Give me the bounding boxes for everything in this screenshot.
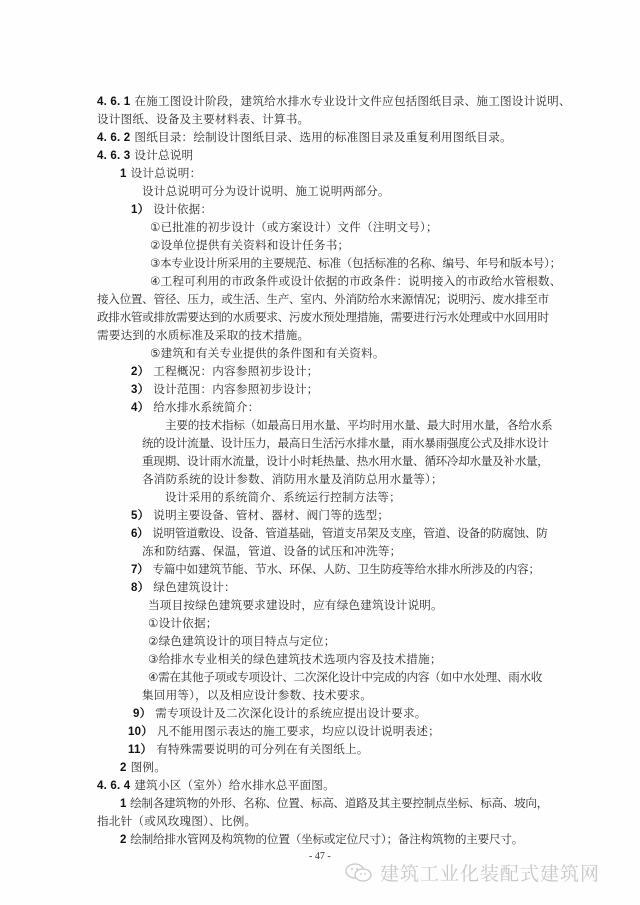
- line-text: 设计总说明可分为设计说明、施工说明两部分。: [142, 184, 390, 198]
- text-line: 当项目按绿色建筑要求建设时，应有绿色建筑设计说明。: [148, 597, 443, 613]
- line-text: ③给排水专业相关的绿色建筑技术选项内容及技术措施；: [148, 652, 442, 666]
- line-text: 专篇中如建筑节能、节水、环保、人防、卫生防疫等给水排水所涉及的内容；: [153, 562, 540, 576]
- line-text: 图例。: [131, 760, 166, 774]
- text-line: 7）专篇中如建筑节能、节水、环保、人防、卫生防疫等给水排水所涉及的内容；: [131, 561, 540, 578]
- text-line: 接入位置、管径、压力，或生活、生产、室内、外消防给水来源情况；说明污、废水排至市: [97, 291, 549, 307]
- text-line: 4. 6. 2图纸目录：绘制设计图纸目录、选用的标准图目录及重复利用图纸目录。: [97, 129, 512, 146]
- text-line: 9）需专项设计及二次深化设计的系统应提出设计要求。: [133, 705, 427, 722]
- text-line: 4. 6. 4建筑小区（室外）给水排水总平面图。: [97, 777, 335, 794]
- text-line: 设计总说明可分为设计说明、施工说明两部分。: [142, 183, 390, 199]
- line-text: 设计依据：: [153, 202, 212, 216]
- section-number: 4. 6. 3: [97, 150, 130, 162]
- text-line: 政排水管或排放需要达到的水质要求、污废水预处理措施，需要进行污水处理或中水回用时: [97, 309, 549, 325]
- line-text: ①已批准的初步设计（或方案设计）文件（注明文号）；: [150, 220, 438, 234]
- line-text: 设计图纸、设备及主要材料表、计算书。: [97, 112, 309, 126]
- text-line: 集回用等），以及相应设计参数、技术要求。: [142, 687, 372, 703]
- line-text: 建筑小区（室外）给水排水总平面图。: [134, 778, 335, 792]
- item-number: 8）: [131, 582, 149, 594]
- text-line: 重现期、设计雨水流量，设计小时耗热量、热水用水量、循环冷却水量及补水量，: [142, 453, 549, 469]
- text-line: 6）说明管道敷设、设备、管道基础，管道支吊架及支座，管道、设备的防腐蚀、防: [131, 525, 548, 542]
- text-line: 4. 6. 3设计总说明: [97, 147, 193, 164]
- text-line: 需要达到的水质标准及采取的技术措施。: [97, 327, 309, 343]
- line-text: 说明主要设备、管材、器材、阀门等的选型；: [153, 508, 389, 522]
- line-text: 工程概况：内容参照初步设计；: [153, 364, 318, 378]
- text-line: 2图例。: [120, 759, 166, 776]
- text-line: 2）工程概况：内容参照初步设计；: [131, 363, 318, 380]
- line-text: ②设单位提供有关资料和设计任务书；: [150, 238, 349, 252]
- item-number: 1）: [131, 204, 149, 216]
- item-number: 1: [120, 168, 127, 180]
- line-text: 集回用等），以及相应设计参数、技术要求。: [142, 688, 372, 702]
- page-number: - 47 -: [309, 851, 331, 862]
- line-text: 说明管道敷设、设备、管道基础，管道支吊架及支座，管道、设备的防腐蚀、防: [152, 526, 547, 540]
- line-text: 当项目按绿色建筑要求建设时，应有绿色建筑设计说明。: [148, 598, 443, 612]
- line-text: 设计总说明：: [131, 166, 202, 180]
- line-text: ④需在其他子项或专项设计、二次深化设计中完成的内容（如中水处理、雨水收: [148, 670, 542, 684]
- text-line: 5）说明主要设备、管材、器材、阀门等的选型；: [131, 507, 389, 524]
- text-line: 4. 6. 1在施工图设计阶段，建筑给水排水专业设计文件应包括图纸目录、施工图设…: [97, 93, 571, 110]
- line-text: ①设计依据；: [148, 616, 218, 630]
- text-line: ⑤建筑和有关专业提供的条件图和有关资料。: [150, 345, 385, 361]
- line-text: 图纸目录：绘制设计图纸目录、选用的标准图目录及重复利用图纸目录。: [134, 130, 511, 144]
- item-number: 9）: [133, 708, 151, 720]
- line-text: ⑤建筑和有关专业提供的条件图和有关资料。: [150, 346, 385, 360]
- line-text: ③本专业设计所采用的主要规范、标准（包括标准的名称、编号、年号和版本号）；: [150, 256, 561, 270]
- line-text: 冻和防结露、保温，管道、设备的试压和冲洗等；: [142, 544, 401, 558]
- item-number: 3）: [131, 384, 149, 396]
- text-line: 1）设计依据：: [131, 201, 212, 218]
- line-text: ④工程可利用的市政条件或设计依据的市政条件：说明接入的市政给水管根数、: [150, 274, 562, 288]
- text-line: 指北针（或风玫瑰图）、比例。: [97, 813, 256, 829]
- line-text: 需专项设计及二次深化设计的系统应提出设计要求。: [155, 706, 426, 720]
- text-line: 3）设计范围：内容参照初步设计；: [131, 381, 318, 398]
- item-number: 2: [120, 762, 127, 774]
- text-line: ①已批准的初步设计（或方案设计）文件（注明文号）；: [150, 219, 438, 235]
- text-line: ④工程可利用的市政条件或设计依据的市政条件：说明接入的市政给水管根数、: [150, 273, 562, 289]
- line-text: 指北针（或风玫瑰图）、比例。: [97, 814, 256, 828]
- text-line: 11）有特殊需要说明的可分列在有关图纸上。: [128, 741, 369, 758]
- line-text: 凡不能用图示表达的施工要求，均应以设计说明表述；: [157, 724, 440, 738]
- line-text: 设计范围：内容参照初步设计；: [153, 382, 318, 396]
- item-number: 11）: [128, 744, 152, 756]
- text-line: 2绘制给排水管网及构筑物的位置（坐标或定位尺寸）；备注构筑物的主要尺寸。: [120, 831, 523, 848]
- line-text: 绿色建筑设计：: [153, 580, 236, 594]
- item-number: 4）: [131, 402, 149, 414]
- text-line: 各消防系统的设计参数、消防用水量及消防总用水量等）；: [142, 471, 443, 487]
- item-number: 2: [120, 834, 126, 846]
- text-line: 1设计总说明：: [120, 165, 201, 182]
- text-line: 设计图纸、设备及主要材料表、计算书。: [97, 111, 309, 127]
- text-line: 8）绿色建筑设计：: [131, 579, 236, 596]
- line-text: ②绿色建筑设计的项目特点与定位；: [148, 634, 336, 648]
- line-text: 统的设计流量、设计压力，最高日生活污水排水量，雨水暴雨强度公式及排水设计: [142, 436, 549, 450]
- text-line: ②设单位提供有关资料和设计任务书；: [150, 237, 349, 253]
- item-number: 2）: [131, 366, 149, 378]
- line-text: 绘制给排水管网及构筑物的位置（坐标或定位尺寸）；备注构筑物的主要尺寸。: [130, 832, 523, 846]
- text-line: 主要的技术指标（如最高日用水量、平均时用水量、最大时用水量，各给水系: [165, 417, 552, 433]
- text-line: ③给排水专业相关的绿色建筑技术选项内容及技术措施；: [148, 651, 442, 667]
- section-number: 4. 6. 1: [97, 96, 130, 108]
- item-number: 10）: [128, 726, 153, 738]
- text-line: 1绘制各建筑物的外形、名称、位置、标高、道路及其主要控制点坐标、标高、坡向，: [120, 795, 548, 812]
- text-line: 冻和防结露、保温，管道、设备的试压和冲洗等；: [142, 543, 401, 559]
- text-line: ③本专业设计所采用的主要规范、标准（包括标准的名称、编号、年号和版本号）；: [150, 255, 561, 271]
- line-text: 给水排水系统简介：: [153, 400, 259, 414]
- text-line: 设计采用的系统简介、系统运行控制方法等；: [165, 489, 401, 505]
- text-line: ④需在其他子项或专项设计、二次深化设计中完成的内容（如中水处理、雨水收: [148, 669, 542, 685]
- section-number: 4. 6. 2: [97, 132, 130, 144]
- line-text: 设计总说明: [134, 148, 193, 162]
- line-text: 政排水管或排放需要达到的水质要求、污废水预处理措施，需要进行污水处理或中水回用时: [97, 310, 549, 324]
- watermark: 建筑工业化装配式建筑网: [344, 859, 600, 886]
- line-text: 绘制各建筑物的外形、名称、位置、标高、道路及其主要控制点坐标、标高、坡向，: [130, 796, 548, 810]
- wechat-icon: [344, 862, 374, 884]
- text-line: ①设计依据；: [148, 615, 218, 631]
- line-text: 有特殊需要说明的可分列在有关图纸上。: [156, 742, 368, 756]
- item-number: 6）: [131, 528, 148, 540]
- line-text: 接入位置、管径、压力，或生活、生产、室内、外消防给水来源情况；说明污、废水排至市: [97, 292, 549, 306]
- item-number: 7）: [131, 564, 149, 576]
- section-number: 4. 6. 4: [97, 780, 130, 792]
- line-text: 在施工图设计阶段，建筑给水排水专业设计文件应包括图纸目录、施工图设计说明、: [134, 94, 570, 108]
- text-line: ②绿色建筑设计的项目特点与定位；: [148, 633, 336, 649]
- text-line: 4）给水排水系统简介：: [131, 399, 259, 416]
- watermark-text: 建筑工业化装配式建筑网: [380, 859, 600, 886]
- line-text: 重现期、设计雨水流量，设计小时耗热量、热水用水量、循环冷却水量及补水量，: [142, 454, 549, 468]
- line-text: 主要的技术指标（如最高日用水量、平均时用水量、最大时用水量，各给水系: [165, 418, 552, 432]
- text-line: 10）凡不能用图示表达的施工要求，均应以设计说明表述；: [128, 723, 440, 740]
- item-number: 5）: [131, 510, 149, 522]
- item-number: 1: [120, 798, 126, 810]
- line-text: 需要达到的水质标准及采取的技术措施。: [97, 328, 309, 342]
- line-text: 设计采用的系统简介、系统运行控制方法等；: [165, 490, 401, 504]
- text-line: 统的设计流量、设计压力，最高日生活污水排水量，雨水暴雨强度公式及排水设计: [142, 435, 549, 451]
- line-text: 各消防系统的设计参数、消防用水量及消防总用水量等）；: [142, 472, 443, 486]
- document-page: 4. 6. 1在施工图设计阶段，建筑给水排水专业设计文件应包括图纸目录、施工图设…: [0, 0, 640, 905]
